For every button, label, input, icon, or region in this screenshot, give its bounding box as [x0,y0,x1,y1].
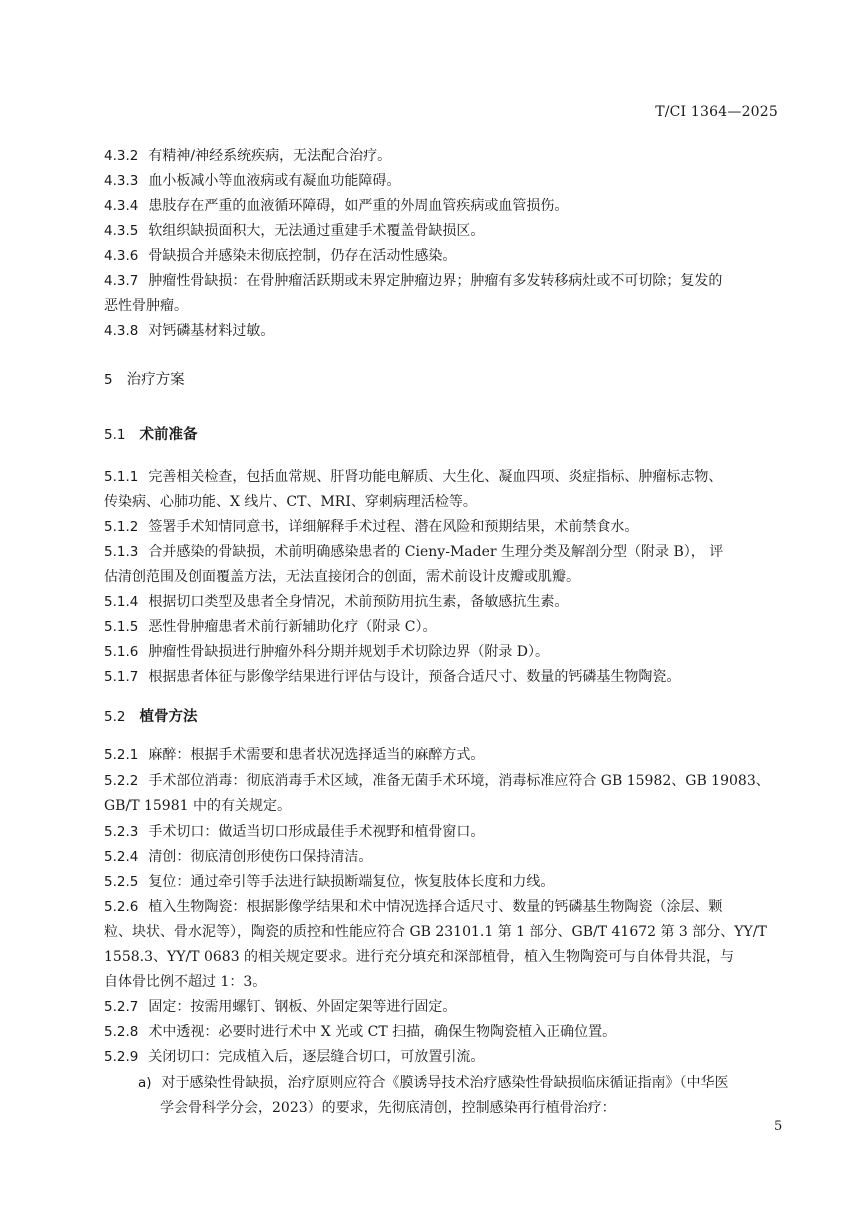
clause-5-1-5: 5.1.5恶性骨肿瘤患者术前行新辅助化疗（附录 C）。 [104,617,437,637]
clause-text: 对钙磷基材料过敏。 [148,323,274,339]
clause-number: 4.3.6 [104,246,138,266]
clause-text: 合并感染的骨缺损，术前明确感染患者的 Cieny-Mader 生理分类及解剖分型… [148,544,723,560]
clause-5-1-1: 5.1.1完善相关检查，包括血常规、肝肾功能电解质、大生化、凝血四项、炎症指标、… [104,467,722,487]
clause-5-1-4: 5.1.4根据切口类型及患者全身情况，术前预防用抗生素，备敏感抗生素。 [104,592,568,612]
clause-5-1-3: 5.1.3合并感染的骨缺损，术前明确感染患者的 Cieny-Mader 生理分类… [104,542,723,562]
clause-text: 血小板减小等血液病或有凝血功能障碍。 [148,173,400,189]
clause-5-1-7: 5.1.7根据患者体征与影像学结果进行评估与设计，预备合适尺寸、数量的钙磷基生物… [104,667,680,687]
clause-number: 5.1.3 [104,542,138,562]
clause-number: 5.2.2 [104,771,138,791]
clause-number: 4.3.5 [104,221,138,241]
clause-5-1-6: 5.1.6肿瘤性骨缺损进行肿瘤外科分期并规划手术切除边界（附录 D）。 [104,642,549,662]
clause-5-2-7: 5.2.7固定：按需用螺钉、钢板、外固定架等进行固定。 [104,997,456,1017]
clause-5-2-6-cont-2: 1558.3、YY/T 0683 的相关规定要求。进行充分填充和深部植骨，植入生… [104,947,734,967]
list-text: 对于感染性骨缺损，治疗原则应符合《膜诱导技术治疗感染性骨缺损临床循证指南》（中华… [162,1075,729,1091]
clause-text: 完善相关检查，包括血常规、肝肾功能电解质、大生化、凝血四项、炎症指标、肿瘤标志物… [148,469,722,485]
clause-5-2-8: 5.2.8术中透视：必要时进行术中 X 光或 CT 扫描，确保生物陶瓷植入正确位… [104,1022,616,1042]
clause-5-1-1-cont: 传染病、心肺功能、X 线片、CT、MRI、穿刺病理活检等。 [104,492,477,512]
clause-number: 5.2.9 [104,1047,138,1067]
clause-4-3-4: 4.3.4患肢存在严重的血液循环障碍，如严重的外周血管疾病或血管损伤。 [104,196,568,216]
clause-5-2-3: 5.2.3手术切口：做适当切口形成最佳手术视野和植骨窗口。 [104,822,484,842]
clause-number: 4.3.2 [104,146,138,166]
section-number: 5 [104,370,113,390]
clause-text: 签署手术知情同意书，详细解释手术过程、潜在风险和预期结果，术前禁食水。 [148,519,638,535]
clause-text: 术中透视：必要时进行术中 X 光或 CT 扫描，确保生物陶瓷植入正确位置。 [148,1024,616,1040]
section-5-2-heading: 5.2植骨方法 [104,707,197,727]
clause-5-2-9: 5.2.9关闭切口：完成植入后，逐层缝合切口，可放置引流。 [104,1047,484,1067]
clause-5-2-5: 5.2.5复位：通过牵引等手法进行缺损断端复位，恢复肢体长度和力线。 [104,872,554,892]
clause-text: 恶性骨肿瘤患者术前行新辅助化疗（附录 C）。 [148,619,436,635]
clause-text: 清创：彻底清创形使伤口保持清洁。 [148,849,372,865]
clause-number: 4.3.4 [104,196,138,216]
section-number: 5.1 [104,425,125,445]
clause-text: 手术切口：做适当切口形成最佳手术视野和植骨窗口。 [148,824,484,840]
clause-text: 肿瘤性骨缺损进行肿瘤外科分期并规划手术切除边界（附录 D）。 [148,644,549,660]
clause-number: 5.1.7 [104,667,138,687]
clause-4-3-8: 4.3.8对钙磷基材料过敏。 [104,321,274,341]
clause-5-1-2: 5.1.2签署手术知情同意书，详细解释手术过程、潜在风险和预期结果，术前禁食水。 [104,517,638,537]
clause-5-2-6-cont-3: 自体骨比例不超过 1：3。 [104,972,266,992]
clause-text: 固定：按需用螺钉、钢板、外固定架等进行固定。 [148,999,456,1015]
clause-5-2-2-cont: GB/T 15981 中的有关规定。 [104,796,291,816]
document-id-header: T/CI 1364—2025 [655,104,778,120]
clause-5-2-4: 5.2.4清创：彻底清创形使伤口保持清洁。 [104,847,372,867]
clause-text: 患肢存在严重的血液循环障碍，如严重的外周血管疾病或血管损伤。 [148,198,568,214]
clause-4-3-3: 4.3.3血小板减小等血液病或有凝血功能障碍。 [104,171,400,191]
clause-5-1-3-cont: 估清创范围及创面覆盖方法，无法直接闭合的创面，需术前设计皮瓣或肌瓣。 [104,567,580,587]
clause-number: 5.1.4 [104,592,138,612]
clause-4-3-5: 4.3.5软组织缺损面积大，无法通过重建手术覆盖骨缺损区。 [104,221,484,241]
section-title: 植骨方法 [139,709,197,725]
list-item-a-cont: 学会骨科学分会，2023）的要求，先彻底清创，控制感染再行植骨治疗： [160,1098,616,1118]
clause-number: 5.1.6 [104,642,138,662]
clause-4-3-2: 4.3.2有精神/神经系统疾病，无法配合治疗。 [104,146,391,166]
section-5-1-heading: 5.1术前准备 [104,425,197,445]
clause-number: 5.2.3 [104,822,138,842]
list-item-a: a)对于感染性骨缺损，治疗原则应符合《膜诱导技术治疗感染性骨缺损临床循证指南》（… [138,1073,729,1093]
clause-text: 复位：通过牵引等手法进行缺损断端复位，恢复肢体长度和力线。 [148,874,554,890]
clause-number: 5.1.2 [104,517,138,537]
clause-text: 根据切口类型及患者全身情况，术前预防用抗生素，备敏感抗生素。 [148,594,568,610]
clause-4-3-7-cont: 恶性骨肿瘤。 [104,296,188,316]
section-number: 5.2 [104,707,125,727]
clause-number: 5.2.1 [104,745,138,765]
clause-text: 关闭切口：完成植入后，逐层缝合切口，可放置引流。 [148,1049,484,1065]
clause-text: 骨缺损合并感染未彻底控制，仍存在活动性感染。 [148,248,456,264]
clause-5-2-2: 5.2.2手术部位消毒：彻底消毒手术区域，准备无菌手术环境，消毒标准应符合 GB… [104,771,770,791]
clause-text: 根据患者体征与影像学结果进行评估与设计，预备合适尺寸、数量的钙磷基生物陶瓷。 [148,669,680,685]
clause-text: 手术部位消毒：彻底消毒手术区域，准备无菌手术环境，消毒标准应符合 GB 1598… [148,773,769,789]
clause-number: 5.2.8 [104,1022,138,1042]
clause-4-3-6: 4.3.6骨缺损合并感染未彻底控制，仍存在活动性感染。 [104,246,456,266]
clause-5-2-6: 5.2.6植入生物陶瓷：根据影像学结果和术中情况选择合适尺寸、数量的钙磷基生物陶… [104,897,722,917]
clause-text: 植入生物陶瓷：根据影像学结果和术中情况选择合适尺寸、数量的钙磷基生物陶瓷（涂层、… [148,899,722,915]
clause-4-3-7: 4.3.7肿瘤性骨缺损：在骨肿瘤活跃期或未界定肿瘤边界；肿瘤有多发转移病灶或不可… [104,271,722,291]
clause-number: 4.3.3 [104,171,138,191]
clause-number: 5.2.4 [104,847,138,867]
list-label: a) [138,1073,152,1093]
clause-5-2-6-cont-1: 粒、块状、骨水泥等），陶瓷的质控和性能应符合 GB 23101.1 第 1 部分… [104,922,767,942]
clause-number: 4.3.8 [104,321,138,341]
section-title: 治疗方案 [127,372,185,388]
clause-number: 5.1.5 [104,617,138,637]
clause-text: 有精神/神经系统疾病，无法配合治疗。 [148,148,391,164]
clause-number: 4.3.7 [104,271,138,291]
clause-number: 5.1.1 [104,467,138,487]
clause-number: 5.2.7 [104,997,138,1017]
clause-number: 5.2.5 [104,872,138,892]
section-title: 术前准备 [139,427,197,443]
clause-text: 软组织缺损面积大，无法通过重建手术覆盖骨缺损区。 [148,223,484,239]
clause-number: 5.2.6 [104,897,138,917]
page-number: 5 [774,1119,782,1134]
clause-text: 麻醉：根据手术需要和患者状况选择适当的麻醉方式。 [148,747,484,763]
clause-text: 肿瘤性骨缺损：在骨肿瘤活跃期或未界定肿瘤边界；肿瘤有多发转移病灶或不可切除；复发… [148,273,722,289]
section-5-heading: 5治疗方案 [104,370,185,390]
clause-5-2-1: 5.2.1麻醉：根据手术需要和患者状况选择适当的麻醉方式。 [104,745,484,765]
